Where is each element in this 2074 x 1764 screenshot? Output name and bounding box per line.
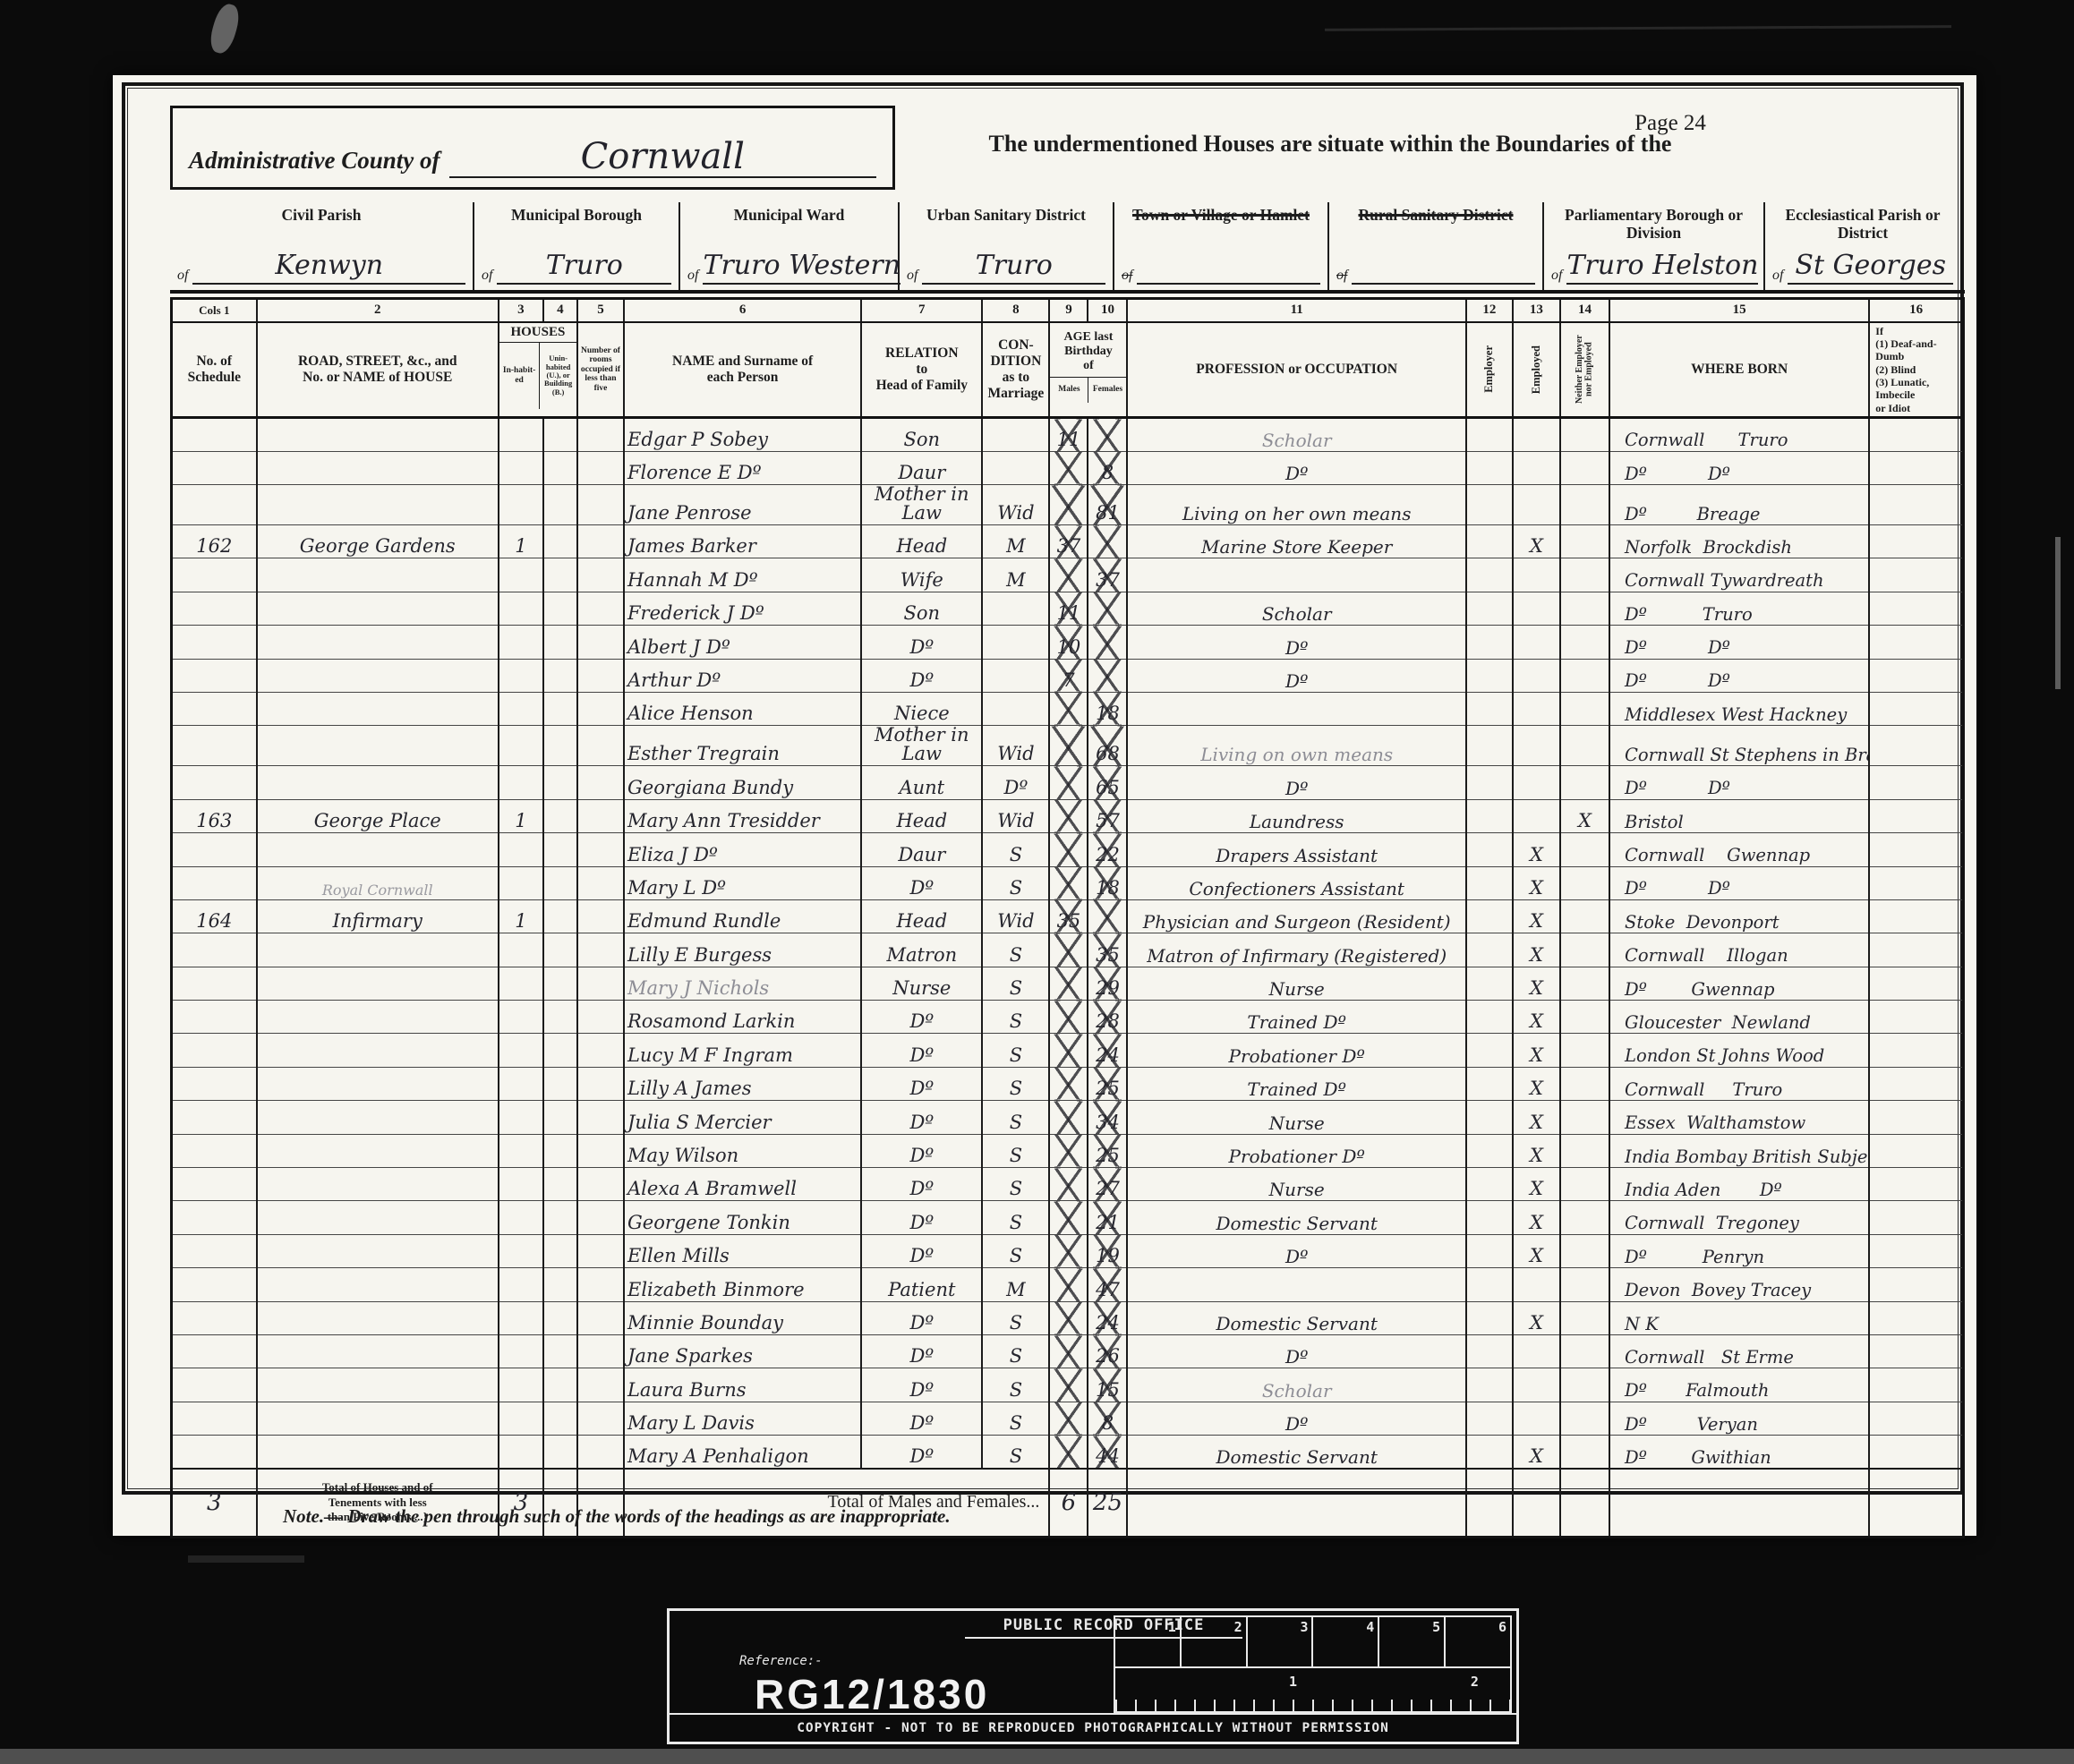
table-row: Hannah M Dº Wife M 37 Cornwall Tywardrea…	[172, 558, 1964, 592]
cell-name: Julia S Mercier	[624, 1101, 861, 1134]
cell-rooms	[577, 1436, 624, 1469]
cell-employed	[1513, 418, 1560, 451]
cell-employed: X	[1513, 1067, 1560, 1100]
column-number: 9	[1049, 299, 1088, 322]
cell-condition: S	[982, 1101, 1049, 1134]
cell-employer	[1466, 799, 1513, 832]
cell-age-male	[1049, 485, 1088, 525]
cell-neither	[1560, 525, 1609, 558]
cell-age-female: 65	[1088, 766, 1127, 799]
district-label: Rural Sanitary District	[1336, 206, 1535, 224]
cell-infirmities	[1869, 558, 1963, 592]
cell-occupation: Dº	[1127, 451, 1465, 484]
cell-name: Lilly A James	[624, 1067, 861, 1100]
total-schedule-count: 3	[172, 1469, 257, 1537]
cell-employer	[1466, 726, 1513, 766]
census-table: Cols 12345678910111213141516 No. of Sche…	[170, 297, 1965, 1538]
cell-relation: Daur	[861, 451, 982, 484]
header-neither: Neither Employer nor Employed	[1560, 322, 1609, 418]
cell-where-born: Stoke Devonport	[1609, 899, 1869, 933]
column-number: 11	[1127, 299, 1465, 322]
district-value: Truro	[922, 252, 1105, 285]
cell-age-male	[1049, 1268, 1088, 1301]
table-row: Ellen Mills Dº S 19 Dº X Dº Penryn	[172, 1234, 1964, 1267]
cell-inhabited: 1	[499, 525, 543, 558]
column-headers-row: No. of Schedule ROAD, STREET, &c., and N…	[172, 322, 1964, 418]
cell-neither	[1560, 1101, 1609, 1134]
cell-occupation: Physician and Surgeon (Resident)	[1127, 899, 1465, 933]
cell-condition	[982, 418, 1049, 451]
column-number: 14	[1560, 299, 1609, 322]
cell-condition	[982, 659, 1049, 692]
cell-rooms	[577, 626, 624, 659]
cell-employer	[1466, 558, 1513, 592]
cell-schedule	[172, 1168, 257, 1201]
public-record-office-stamp: PUBLIC RECORD OFFICE Reference:- RG12/18…	[667, 1608, 1519, 1744]
cell-uninhabited	[543, 659, 577, 692]
film-artifact	[207, 2, 243, 56]
cell-where-born: Dº Gwithian	[1609, 1436, 1869, 1469]
cell-inhabited	[499, 1201, 543, 1234]
cell-where-born: London St Johns Wood	[1609, 1034, 1869, 1067]
cell-infirmities	[1869, 1368, 1963, 1402]
cell-occupation: Matron of Infirmary (Registered)	[1127, 933, 1465, 967]
cell-neither	[1560, 1335, 1609, 1368]
header-rooms: Number of rooms occupied if less than fi…	[577, 322, 624, 418]
cell-employed: X	[1513, 833, 1560, 866]
district-value: Kenwyn	[192, 252, 465, 285]
district-header-row: Civil Parish of Kenwyn Municipal Borough…	[170, 202, 1965, 294]
cell-rooms	[577, 592, 624, 625]
cell-neither	[1560, 1402, 1609, 1435]
cell-street	[257, 692, 499, 725]
cell-condition: S	[982, 866, 1049, 899]
cell-employed: X	[1513, 1101, 1560, 1134]
column-number: 5	[577, 299, 624, 322]
cell-age-male: 11	[1049, 418, 1088, 451]
cell-name: Albert J Dº	[624, 626, 861, 659]
cell-age-female: 8	[1088, 451, 1127, 484]
cell-uninhabited	[543, 592, 577, 625]
column-numbers-row: Cols 12345678910111213141516	[172, 299, 1964, 322]
cell-name: Rosamond Larkin	[624, 1001, 861, 1034]
column-number: 6	[624, 299, 861, 322]
column-number: 15	[1609, 299, 1869, 322]
cell-inhabited	[499, 626, 543, 659]
cell-occupation: Living on own means	[1127, 726, 1465, 766]
cell-condition: S	[982, 1168, 1049, 1201]
district-of-word: of	[482, 268, 497, 285]
cell-neither	[1560, 833, 1609, 866]
cell-employed	[1513, 558, 1560, 592]
district-value: Truro Western	[703, 252, 900, 285]
cell-inhabited	[499, 692, 543, 725]
cell-age-male	[1049, 1402, 1088, 1435]
cell-age-female	[1088, 592, 1127, 625]
cell-condition: S	[982, 1301, 1049, 1334]
cell-street	[257, 1201, 499, 1234]
cell-age-male	[1049, 1436, 1088, 1469]
cell-age-female: 15	[1088, 1368, 1127, 1402]
district-value	[1352, 252, 1535, 285]
cell-employed: X	[1513, 1201, 1560, 1234]
column-number: 3	[499, 299, 543, 322]
cell-infirmities	[1869, 1436, 1963, 1469]
table-row: Mary A Penhaligon Dº S 44 Domestic Serva…	[172, 1436, 1964, 1469]
cell-employed	[1513, 626, 1560, 659]
cell-relation: Mother in Law	[861, 726, 982, 766]
cell-relation: Son	[861, 592, 982, 625]
footer-note: Note.— Draw the pen through such of the …	[283, 1505, 951, 1528]
cell-name: Frederick J Dº	[624, 592, 861, 625]
table-row: Georgene Tonkin Dº S 21 Domestic Servant…	[172, 1201, 1964, 1234]
cell-inhabited	[499, 1001, 543, 1034]
cell-occupation	[1127, 1268, 1465, 1301]
cell-occupation: Scholar	[1127, 1368, 1465, 1402]
cell-occupation: Nurse	[1127, 1101, 1465, 1134]
cell-infirmities	[1869, 833, 1963, 866]
header-employed: Employed	[1513, 322, 1560, 418]
cell-age-female: 47	[1088, 1268, 1127, 1301]
scanned-census-page: Administrative County of Cornwall The un…	[0, 0, 2074, 1764]
cell-age-male	[1049, 692, 1088, 725]
cell-street	[257, 1101, 499, 1134]
table-row: Lucy M F Ingram Dº S 24 Probationer Dº X…	[172, 1034, 1964, 1067]
cell-infirmities	[1869, 967, 1963, 1000]
cell-rooms	[577, 418, 624, 451]
cell-inhabited	[499, 967, 543, 1000]
cell-rooms	[577, 451, 624, 484]
cell-employed	[1513, 485, 1560, 525]
cell-relation: Dº	[861, 1168, 982, 1201]
cell-street	[257, 1067, 499, 1100]
cell-uninhabited	[543, 726, 577, 766]
cell-occupation: Probationer Dº	[1127, 1134, 1465, 1167]
cell-infirmities	[1869, 799, 1963, 832]
district-label: Parliamentary Borough or Division	[1551, 206, 1756, 242]
cell-neither	[1560, 1436, 1609, 1469]
cell-rooms	[577, 1034, 624, 1067]
cell-uninhabited	[543, 1134, 577, 1167]
cell-where-born: India Aden Dº	[1609, 1168, 1869, 1201]
cell-where-born: Bristol	[1609, 799, 1869, 832]
column-number: 7	[861, 299, 982, 322]
cell-condition: S	[982, 1402, 1049, 1435]
header-name: NAME and Surname of each Person	[624, 322, 861, 418]
table-row: Eliza J Dº Daur S 22 Drapers Assistant X…	[172, 833, 1964, 866]
cell-age-male: 35	[1049, 899, 1088, 933]
cell-employer	[1466, 1101, 1513, 1134]
cell-uninhabited	[543, 766, 577, 799]
header-condition: CON- DITION as to Marriage	[982, 322, 1049, 418]
cell-relation: Dº	[861, 1001, 982, 1034]
cell-neither	[1560, 726, 1609, 766]
cell-infirmities	[1869, 692, 1963, 725]
table-row: Georgiana Bundy Aunt Dº 65 Dº Dº Dº	[172, 766, 1964, 799]
cell-condition: M	[982, 1268, 1049, 1301]
cell-age-male: 7	[1049, 659, 1088, 692]
cell-condition: S	[982, 1067, 1049, 1100]
cell-condition: S	[982, 1234, 1049, 1267]
cell-schedule	[172, 659, 257, 692]
cell-schedule	[172, 1268, 257, 1301]
cell-age-female: 27	[1088, 1168, 1127, 1201]
cell-inhabited	[499, 592, 543, 625]
cell-infirmities	[1869, 1335, 1963, 1368]
cell-occupation: Living on her own means	[1127, 485, 1465, 525]
cell-schedule	[172, 1101, 257, 1134]
admin-county-value: Cornwall	[449, 139, 876, 178]
cell-age-male	[1049, 1168, 1088, 1201]
cell-street	[257, 1268, 499, 1301]
cell-schedule: 163	[172, 799, 257, 832]
cell-name: May Wilson	[624, 1134, 861, 1167]
district-of-word: of	[177, 268, 192, 285]
cell-street	[257, 1301, 499, 1334]
cell-street	[257, 558, 499, 592]
cell-inhabited	[499, 1402, 543, 1435]
cell-condition	[982, 692, 1049, 725]
cell-neither	[1560, 626, 1609, 659]
cell-schedule	[172, 1134, 257, 1167]
cell-employer	[1466, 1402, 1513, 1435]
cell-inhabited: 1	[499, 799, 543, 832]
cell-rooms	[577, 1368, 624, 1402]
cell-schedule	[172, 692, 257, 725]
cell-street: George Gardens	[257, 525, 499, 558]
cell-employer	[1466, 1067, 1513, 1100]
cell-employed	[1513, 692, 1560, 725]
cell-schedule	[172, 726, 257, 766]
district-value: Truro Helston	[1566, 252, 1758, 285]
cell-rooms	[577, 1168, 624, 1201]
cell-infirmities	[1869, 899, 1963, 933]
cell-occupation: Dº	[1127, 766, 1465, 799]
cell-where-born: Cornwall Tywardreath	[1609, 558, 1869, 592]
cell-infirmities	[1869, 525, 1963, 558]
cell-street	[257, 1368, 499, 1402]
district-of-word: of	[907, 268, 922, 285]
cell-employed: X	[1513, 933, 1560, 967]
cell-employer	[1466, 1368, 1513, 1402]
table-row: Jane Sparkes Dº S 26 Dº Cornwall St Erme	[172, 1335, 1964, 1368]
district-of-word: of	[1336, 268, 1352, 285]
cell-inhabited	[499, 1134, 543, 1167]
cell-uninhabited	[543, 1301, 577, 1334]
header-age-title: AGE last Birthday of	[1050, 323, 1126, 377]
cell-name: Mary Ann Tresidder	[624, 799, 861, 832]
cell-rooms	[577, 1335, 624, 1368]
cell-name: Minnie Bounday	[624, 1301, 861, 1334]
table-row: Jane Penrose Mother in Law Wid 81 Living…	[172, 485, 1964, 525]
cell-where-born: Dº Truro	[1609, 592, 1869, 625]
cell-relation: Dº	[861, 1201, 982, 1234]
cell-schedule	[172, 1001, 257, 1034]
cell-employed: X	[1513, 1134, 1560, 1167]
cell-uninhabited	[543, 1168, 577, 1201]
cell-neither	[1560, 451, 1609, 484]
stamp-reference-label: Reference:-	[739, 1654, 823, 1668]
cell-age-female: 24	[1088, 1034, 1127, 1067]
cell-schedule	[172, 833, 257, 866]
cell-neither	[1560, 1201, 1609, 1234]
cell-where-born: Middlesex West Hackney	[1609, 692, 1869, 725]
district-value: Truro	[497, 252, 671, 285]
cell-occupation: Scholar	[1127, 418, 1465, 451]
cell-uninhabited	[543, 799, 577, 832]
cell-name: Ellen Mills	[624, 1234, 861, 1267]
ruler-segment: 1	[1115, 1617, 1182, 1666]
table-row: 163 George Place 1 Mary Ann Tresidder He…	[172, 799, 1964, 832]
cell-inhabited	[499, 451, 543, 484]
header-females: Females	[1088, 378, 1126, 403]
cell-employed: X	[1513, 1436, 1560, 1469]
district-value: St Georges	[1788, 252, 1953, 285]
cell-occupation: Marine Store Keeper	[1127, 525, 1465, 558]
film-artifact	[2055, 537, 2061, 689]
cell-uninhabited	[543, 899, 577, 933]
cell-relation: Head	[861, 899, 982, 933]
cell-street	[257, 967, 499, 1000]
cell-name: Eliza J Dº	[624, 833, 861, 866]
cell-street: Royal Cornwall	[257, 866, 499, 899]
cell-neither	[1560, 1001, 1609, 1034]
cell-relation: Dº	[861, 866, 982, 899]
cell-relation: Daur	[861, 833, 982, 866]
cell-rooms	[577, 692, 624, 725]
cell-rooms	[577, 1067, 624, 1100]
cell-name: Arthur Dº	[624, 659, 861, 692]
cell-schedule	[172, 1402, 257, 1435]
cell-neither	[1560, 866, 1609, 899]
cell-employer	[1466, 1301, 1513, 1334]
cell-street	[257, 833, 499, 866]
cell-employed: X	[1513, 967, 1560, 1000]
cell-rooms	[577, 1268, 624, 1301]
district-box: Ecclesiastical Parish or District of St …	[1765, 202, 1960, 290]
cell-neither	[1560, 967, 1609, 1000]
header-uninhabited: Unin-habited (U.), or Building (B.)	[539, 343, 576, 409]
header-employer: Employer	[1466, 322, 1513, 418]
cell-employer	[1466, 766, 1513, 799]
cell-age-male	[1049, 558, 1088, 592]
header-where-born: WHERE BORN	[1609, 322, 1869, 418]
cell-employed	[1513, 766, 1560, 799]
cell-where-born: Cornwall St Erme	[1609, 1335, 1869, 1368]
cell-name: Florence E Dº	[624, 451, 861, 484]
cell-employer	[1466, 1436, 1513, 1469]
column-number: 16	[1869, 299, 1963, 322]
table-row: 164 Infirmary 1 Edmund Rundle Head Wid 3…	[172, 899, 1964, 933]
cell-relation: Dº	[861, 1368, 982, 1402]
district-box: Parliamentary Borough or Division of Tru…	[1544, 202, 1765, 290]
table-row: Esther Tregrain Mother in Law Wid 68 Liv…	[172, 726, 1964, 766]
cell-age-male	[1049, 726, 1088, 766]
cell-where-born: Essex Walthamstow	[1609, 1101, 1869, 1134]
total-males-value: 6	[1049, 1469, 1088, 1537]
cell-age-female: 35	[1088, 933, 1127, 967]
header-road-street: ROAD, STREET, &c., and No. or NAME of HO…	[257, 322, 499, 418]
table-row: Arthur Dº Dº 7 Dº Dº Dº	[172, 659, 1964, 692]
cell-uninhabited	[543, 1436, 577, 1469]
film-artifact	[188, 1555, 304, 1563]
cell-inhabited	[499, 558, 543, 592]
cell-rooms	[577, 766, 624, 799]
cell-condition: M	[982, 558, 1049, 592]
cell-where-born: Norfolk Brockdish	[1609, 525, 1869, 558]
film-artifact	[1325, 25, 1951, 31]
cell-rooms	[577, 833, 624, 866]
cell-age-female: 22	[1088, 833, 1127, 866]
cell-relation: Son	[861, 418, 982, 451]
district-box: Rural Sanitary District of	[1329, 202, 1544, 290]
cell-neither	[1560, 933, 1609, 967]
cell-uninhabited	[543, 1201, 577, 1234]
cell-inhabited	[499, 1335, 543, 1368]
cell-inhabited	[499, 833, 543, 866]
cell-age-male	[1049, 1134, 1088, 1167]
cell-infirmities	[1869, 766, 1963, 799]
column-number: Cols 1	[172, 299, 257, 322]
cell-schedule	[172, 766, 257, 799]
district-box: Town or Village or Hamlet of	[1114, 202, 1329, 290]
cell-age-male	[1049, 1034, 1088, 1067]
ruler-inch-number: 1	[1289, 1674, 1297, 1690]
table-row: Elizabeth Binmore Patient M 47 Devon Bov…	[172, 1268, 1964, 1301]
cell-inhabited	[499, 659, 543, 692]
cell-rooms	[577, 1402, 624, 1435]
cell-schedule	[172, 866, 257, 899]
cell-neither	[1560, 1301, 1609, 1334]
cell-employer	[1466, 1134, 1513, 1167]
cell-street: George Place	[257, 799, 499, 832]
cell-occupation: Probationer Dº	[1127, 1034, 1465, 1067]
ruler-segment: 2	[1182, 1617, 1248, 1666]
cell-relation: Niece	[861, 692, 982, 725]
cell-uninhabited	[543, 485, 577, 525]
cell-inhabited	[499, 726, 543, 766]
cell-employed	[1513, 799, 1560, 832]
cell-occupation: Domestic Servant	[1127, 1301, 1465, 1334]
film-edge-strip	[0, 1749, 2074, 1764]
table-row: Minnie Bounday Dº S 24 Domestic Servant …	[172, 1301, 1964, 1334]
cell-infirmities	[1869, 1402, 1963, 1435]
cell-street	[257, 726, 499, 766]
cell-age-male	[1049, 1301, 1088, 1334]
cell-age-male	[1049, 967, 1088, 1000]
header-profession: PROFESSION or OCCUPATION	[1127, 322, 1465, 418]
cell-street	[257, 659, 499, 692]
cell-inhabited	[499, 1067, 543, 1100]
cell-neither	[1560, 659, 1609, 692]
cell-employer	[1466, 1201, 1513, 1234]
cell-schedule	[172, 1034, 257, 1067]
cell-street	[257, 933, 499, 967]
cell-street	[257, 1436, 499, 1469]
cell-street	[257, 1335, 499, 1368]
cell-where-born: Devon Bovey Tracey	[1609, 1268, 1869, 1301]
cell-occupation	[1127, 558, 1465, 592]
cell-infirmities	[1869, 1168, 1963, 1201]
cell-employer	[1466, 1234, 1513, 1267]
cell-rooms	[577, 967, 624, 1000]
cell-rooms	[577, 799, 624, 832]
cell-where-born: Dº Dº	[1609, 866, 1869, 899]
cell-rooms	[577, 1201, 624, 1234]
cell-inhabited	[499, 866, 543, 899]
cell-name: Jane Penrose	[624, 485, 861, 525]
cell-age-male	[1049, 833, 1088, 866]
